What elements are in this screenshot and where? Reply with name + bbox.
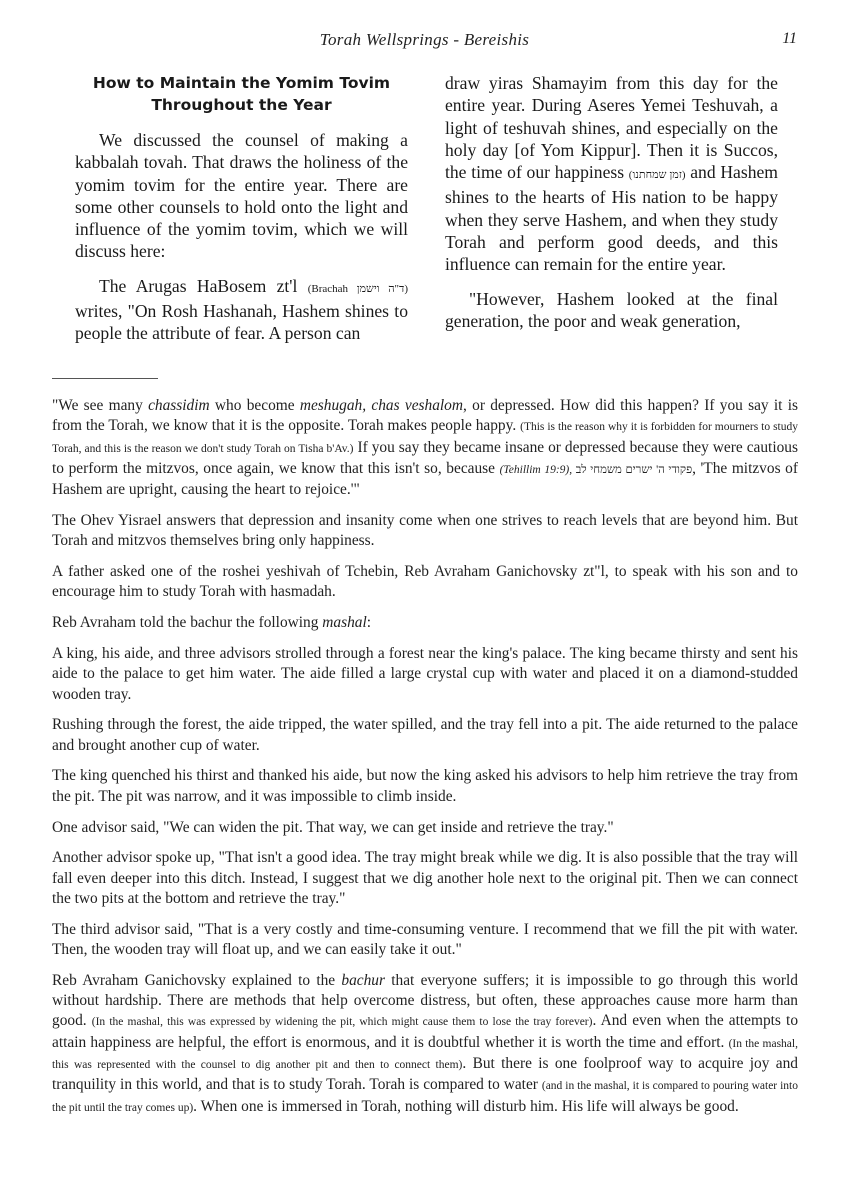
hebrew-quote: , פקודי ה' ישרים משמחי לב xyxy=(569,464,692,476)
hebrew-citation: (זמן שמחתנו) xyxy=(629,169,686,181)
text: who become xyxy=(210,397,300,414)
text: Reb Avraham Ganichovsky explained to the xyxy=(52,972,341,989)
main-text-columns: How to Maintain the Yomim Tovim Througho… xyxy=(73,72,799,352)
text: . When one is immersed in Torah, nothing… xyxy=(193,1098,739,1115)
footnote-paragraph: The Ohev Yisrael answers that depression… xyxy=(52,511,798,552)
footnote-paragraph: The king quenched his thirst and thanked… xyxy=(52,766,798,807)
section-heading: How to Maintain the Yomim Tovim Througho… xyxy=(75,72,408,116)
page-number: 11 xyxy=(782,30,797,48)
source-citation: (Brachah ד"ה וישמן) xyxy=(308,283,408,295)
right-column: draw yiras Shamayim from this day for th… xyxy=(445,72,778,344)
paragraph: draw yiras Shamayim from this day for th… xyxy=(445,72,778,276)
text: writes, "On Rosh Hashanah, Hashem shines… xyxy=(75,301,408,343)
running-header: Torah Wellsprings - Bereishis 11 xyxy=(52,30,797,58)
footnote-paragraph: "We see many chassidim who become meshug… xyxy=(52,396,798,500)
footnote-paragraph: Reb Avraham Ganichovsky explained to the… xyxy=(52,971,798,1118)
book-title: Torah Wellsprings - Bereishis xyxy=(52,30,797,50)
text: : xyxy=(367,614,371,631)
footnote-paragraph: Rushing through the forest, the aide tri… xyxy=(52,715,798,756)
paragraph: We discussed the counsel of making a kab… xyxy=(75,129,408,263)
text: meshugah, chas veshalom xyxy=(300,397,463,414)
text: mashal xyxy=(322,614,366,631)
paragraph: The Arugas HaBosem zt'l (Brachah ד"ה ויש… xyxy=(75,275,408,345)
left-column: How to Maintain the Yomim Tovim Througho… xyxy=(75,72,408,357)
source-citation: (Tehillim 19:9) xyxy=(500,464,570,476)
footnote-paragraph: Another advisor spoke up, "That isn't a … xyxy=(52,848,798,909)
parenthetical: (In the mashal, this was expressed by wi… xyxy=(92,1016,593,1028)
text: The Arugas HaBosem zt'l xyxy=(99,276,308,296)
text: Reb Avraham told the bachur the followin… xyxy=(52,614,322,631)
paragraph: "However, Hashem looked at the final gen… xyxy=(445,288,778,333)
footnote-paragraph: A king, his aide, and three advisors str… xyxy=(52,644,798,705)
footnote-paragraph: Reb Avraham told the bachur the followin… xyxy=(52,613,798,633)
footnote-paragraph: The third advisor said, "That is a very … xyxy=(52,920,798,961)
text: chassidim xyxy=(148,397,210,414)
footnote-paragraph: One advisor said, "We can widen the pit.… xyxy=(52,818,798,838)
footnote-divider xyxy=(52,378,158,379)
footnote-paragraph: A father asked one of the roshei yeshiva… xyxy=(52,562,798,603)
footnotes-section: "We see many chassidim who become meshug… xyxy=(52,396,798,1128)
text: bachur xyxy=(341,972,385,989)
text: "We see many xyxy=(52,397,148,414)
